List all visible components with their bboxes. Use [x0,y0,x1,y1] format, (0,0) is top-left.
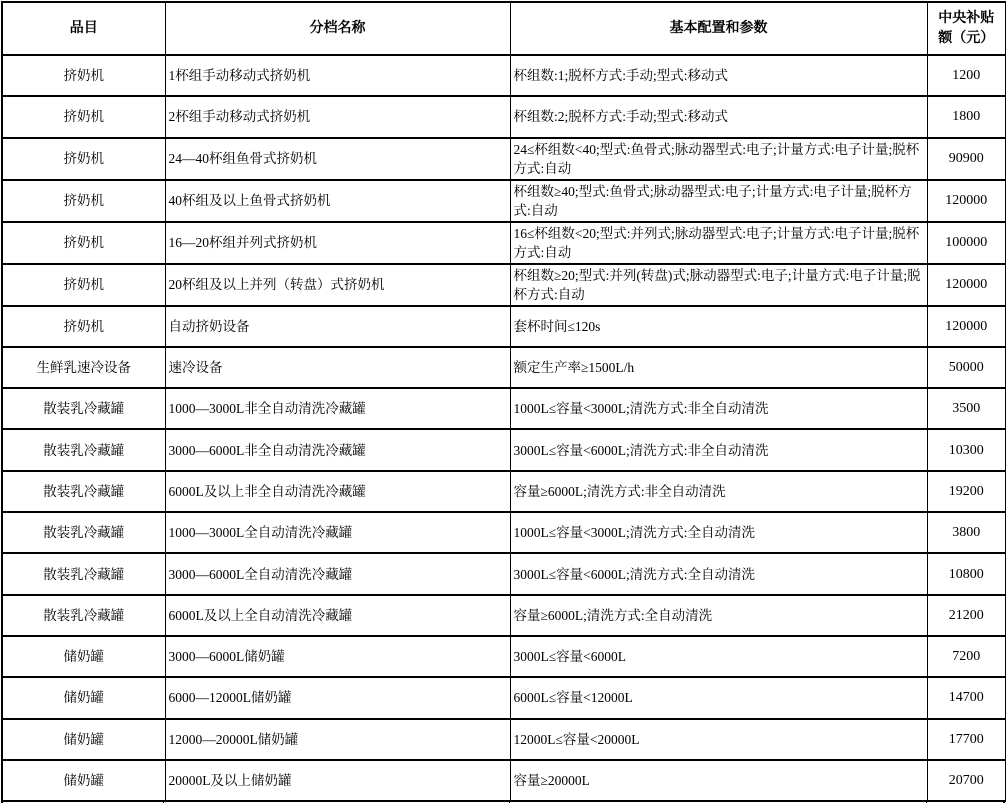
cell-tier: 速冷设备 [165,347,510,388]
cell-item: 挤奶机 [2,222,165,264]
cell-config: 1000L≤容量<3000L;清洗方式:全自动清洗 [510,512,927,553]
table-row: 挤奶机 自动挤奶设备 套杯时间≤120s 120000 [2,306,1006,347]
cell-subsidy: 20700 [927,760,1006,801]
table-row: 散装乳冷藏罐 6000L及以上全自动清洗冷藏罐 容量≥6000L;清洗方式:全自… [2,595,1006,636]
cell-subsidy: 7200 [927,636,1006,677]
cell-tier: 1000—3000L全自动清洗冷藏罐 [165,512,510,553]
cell-tier: 20000L及以上储奶罐 [165,760,510,801]
cell-item: 储奶罐 [2,719,165,760]
cell-item: 散装乳冷藏罐 [2,512,165,553]
cell-config: 3000L≤容量<6000L;清洗方式:非全自动清洗 [510,429,927,470]
subsidy-table: 品目 分档名称 基本配置和参数 中央补贴 额（元） 挤奶机 1杯组手动移动式挤奶… [1,1,1006,802]
table-row: 储奶罐 6000—12000L储奶罐 6000L≤容量<12000L 14700 [2,677,1006,718]
cell-config: 24≤杯组数<40;型式:鱼骨式;脉动器型式:电子;计量方式:电子计量;脱杯方式… [510,138,927,180]
cell-subsidy: 17700 [927,719,1006,760]
cell-item: 挤奶机 [2,55,165,96]
cell-item: 生鲜乳速冷设备 [2,347,165,388]
cell-config: 套杯时间≤120s [510,306,927,347]
table-row: 挤奶机 24—40杯组鱼骨式挤奶机 24≤杯组数<40;型式:鱼骨式;脉动器型式… [2,138,1006,180]
cell-item: 散装乳冷藏罐 [2,388,165,429]
cell-tier: 3000—6000L全自动清洗冷藏罐 [165,553,510,594]
cell-config: 3000L≤容量<6000L;清洗方式:全自动清洗 [510,553,927,594]
table-row: 储奶罐 3000—6000L储奶罐 3000L≤容量<6000L 7200 [2,636,1006,677]
cell-item: 挤奶机 [2,306,165,347]
table-body: 挤奶机 1杯组手动移动式挤奶机 杯组数:1;脱杯方式:手动;型式:移动式 120… [2,55,1006,801]
cell-subsidy: 10300 [927,429,1006,470]
header-row: 品目 分档名称 基本配置和参数 中央补贴 额（元） [2,2,1006,55]
table-row: 生鲜乳速冷设备 速冷设备 额定生产率≥1500L/h 50000 [2,347,1006,388]
cell-config: 容量≥6000L;清洗方式:非全自动清洗 [510,471,927,512]
cell-item: 挤奶机 [2,180,165,222]
col-header-config: 基本配置和参数 [510,2,927,55]
cell-subsidy: 120000 [927,306,1006,347]
table-row: 挤奶机 20杯组及以上并列（转盘）式挤奶机 杯组数≥20;型式:并列(转盘)式;… [2,264,1006,306]
cell-item: 散装乳冷藏罐 [2,429,165,470]
cell-config: 杯组数≥40;型式:鱼骨式;脉动器型式:电子;计量方式:电子计量;脱杯方式:自动 [510,180,927,222]
cell-item: 散装乳冷藏罐 [2,471,165,512]
cell-subsidy: 1200 [927,55,1006,96]
cell-subsidy: 1800 [927,96,1006,137]
cell-config: 容量≥20000L [510,760,927,801]
cell-tier: 3000—6000L非全自动清洗冷藏罐 [165,429,510,470]
cell-subsidy: 19200 [927,471,1006,512]
col-header-subsidy-line1: 中央补贴 [938,11,994,26]
cell-item: 储奶罐 [2,760,165,801]
table-row: 散装乳冷藏罐 1000—3000L非全自动清洗冷藏罐 1000L≤容量<3000… [2,388,1006,429]
cell-tier: 12000—20000L储奶罐 [165,719,510,760]
cell-config: 杯组数:1;脱杯方式:手动;型式:移动式 [510,55,927,96]
cell-subsidy: 120000 [927,180,1006,222]
cell-config: 1000L≤容量<3000L;清洗方式:非全自动清洗 [510,388,927,429]
cell-subsidy: 14700 [927,677,1006,718]
cell-config: 额定生产率≥1500L/h [510,347,927,388]
cell-subsidy: 90900 [927,138,1006,180]
cell-item: 散装乳冷藏罐 [2,595,165,636]
cell-config: 16≤杯组数<20;型式:并列式;脉动器型式:电子;计量方式:电子计量;脱杯方式… [510,222,927,264]
cell-config: 杯组数:2;脱杯方式:手动;型式:移动式 [510,96,927,137]
col-header-subsidy-line2: 额（元） [938,31,994,46]
table-row: 散装乳冷藏罐 3000—6000L非全自动清洗冷藏罐 3000L≤容量<6000… [2,429,1006,470]
cell-config: 容量≥6000L;清洗方式:全自动清洗 [510,595,927,636]
table-row: 散装乳冷藏罐 6000L及以上非全自动清洗冷藏罐 容量≥6000L;清洗方式:非… [2,471,1006,512]
cell-tier: 2杯组手动移动式挤奶机 [165,96,510,137]
table-row: 储奶罐 12000—20000L储奶罐 12000L≤容量<20000L 177… [2,719,1006,760]
cell-subsidy: 10800 [927,553,1006,594]
cell-tier: 20杯组及以上并列（转盘）式挤奶机 [165,264,510,306]
cell-item: 挤奶机 [2,264,165,306]
table-row: 散装乳冷藏罐 1000—3000L全自动清洗冷藏罐 1000L≤容量<3000L… [2,512,1006,553]
cell-config: 12000L≤容量<20000L [510,719,927,760]
cell-tier: 16—20杯组并列式挤奶机 [165,222,510,264]
col-header-tier: 分档名称 [165,2,510,55]
cell-config: 3000L≤容量<6000L [510,636,927,677]
cell-tier: 6000—12000L储奶罐 [165,677,510,718]
table-row: 挤奶机 2杯组手动移动式挤奶机 杯组数:2;脱杯方式:手动;型式:移动式 180… [2,96,1006,137]
cell-config: 6000L≤容量<12000L [510,677,927,718]
table-row: 散装乳冷藏罐 3000—6000L全自动清洗冷藏罐 3000L≤容量<6000L… [2,553,1006,594]
col-header-item: 品目 [2,2,165,55]
cell-tier: 24—40杯组鱼骨式挤奶机 [165,138,510,180]
cell-tier: 3000—6000L储奶罐 [165,636,510,677]
cell-subsidy: 3500 [927,388,1006,429]
cell-tier: 6000L及以上非全自动清洗冷藏罐 [165,471,510,512]
cell-tier: 自动挤奶设备 [165,306,510,347]
col-header-subsidy: 中央补贴 额（元） [927,2,1006,55]
cell-tier: 1000—3000L非全自动清洗冷藏罐 [165,388,510,429]
cell-tier: 6000L及以上全自动清洗冷藏罐 [165,595,510,636]
cell-tier: 1杯组手动移动式挤奶机 [165,55,510,96]
table-row: 储奶罐 20000L及以上储奶罐 容量≥20000L 20700 [2,760,1006,801]
cell-item: 储奶罐 [2,677,165,718]
cell-config: 杯组数≥20;型式:并列(转盘)式;脉动器型式:电子;计量方式:电子计量;脱杯方… [510,264,927,306]
table-row: 挤奶机 16—20杯组并列式挤奶机 16≤杯组数<20;型式:并列式;脉动器型式… [2,222,1006,264]
cell-item: 挤奶机 [2,138,165,180]
cell-subsidy: 50000 [927,347,1006,388]
cell-tier: 40杯组及以上鱼骨式挤奶机 [165,180,510,222]
cell-subsidy: 21200 [927,595,1006,636]
cell-item: 储奶罐 [2,636,165,677]
cell-subsidy: 100000 [927,222,1006,264]
cell-item: 散装乳冷藏罐 [2,553,165,594]
cell-subsidy: 120000 [927,264,1006,306]
table-row: 挤奶机 1杯组手动移动式挤奶机 杯组数:1;脱杯方式:手动;型式:移动式 120… [2,55,1006,96]
cell-item: 挤奶机 [2,96,165,137]
table-row: 挤奶机 40杯组及以上鱼骨式挤奶机 杯组数≥40;型式:鱼骨式;脉动器型式:电子… [2,180,1006,222]
cell-subsidy: 3800 [927,512,1006,553]
